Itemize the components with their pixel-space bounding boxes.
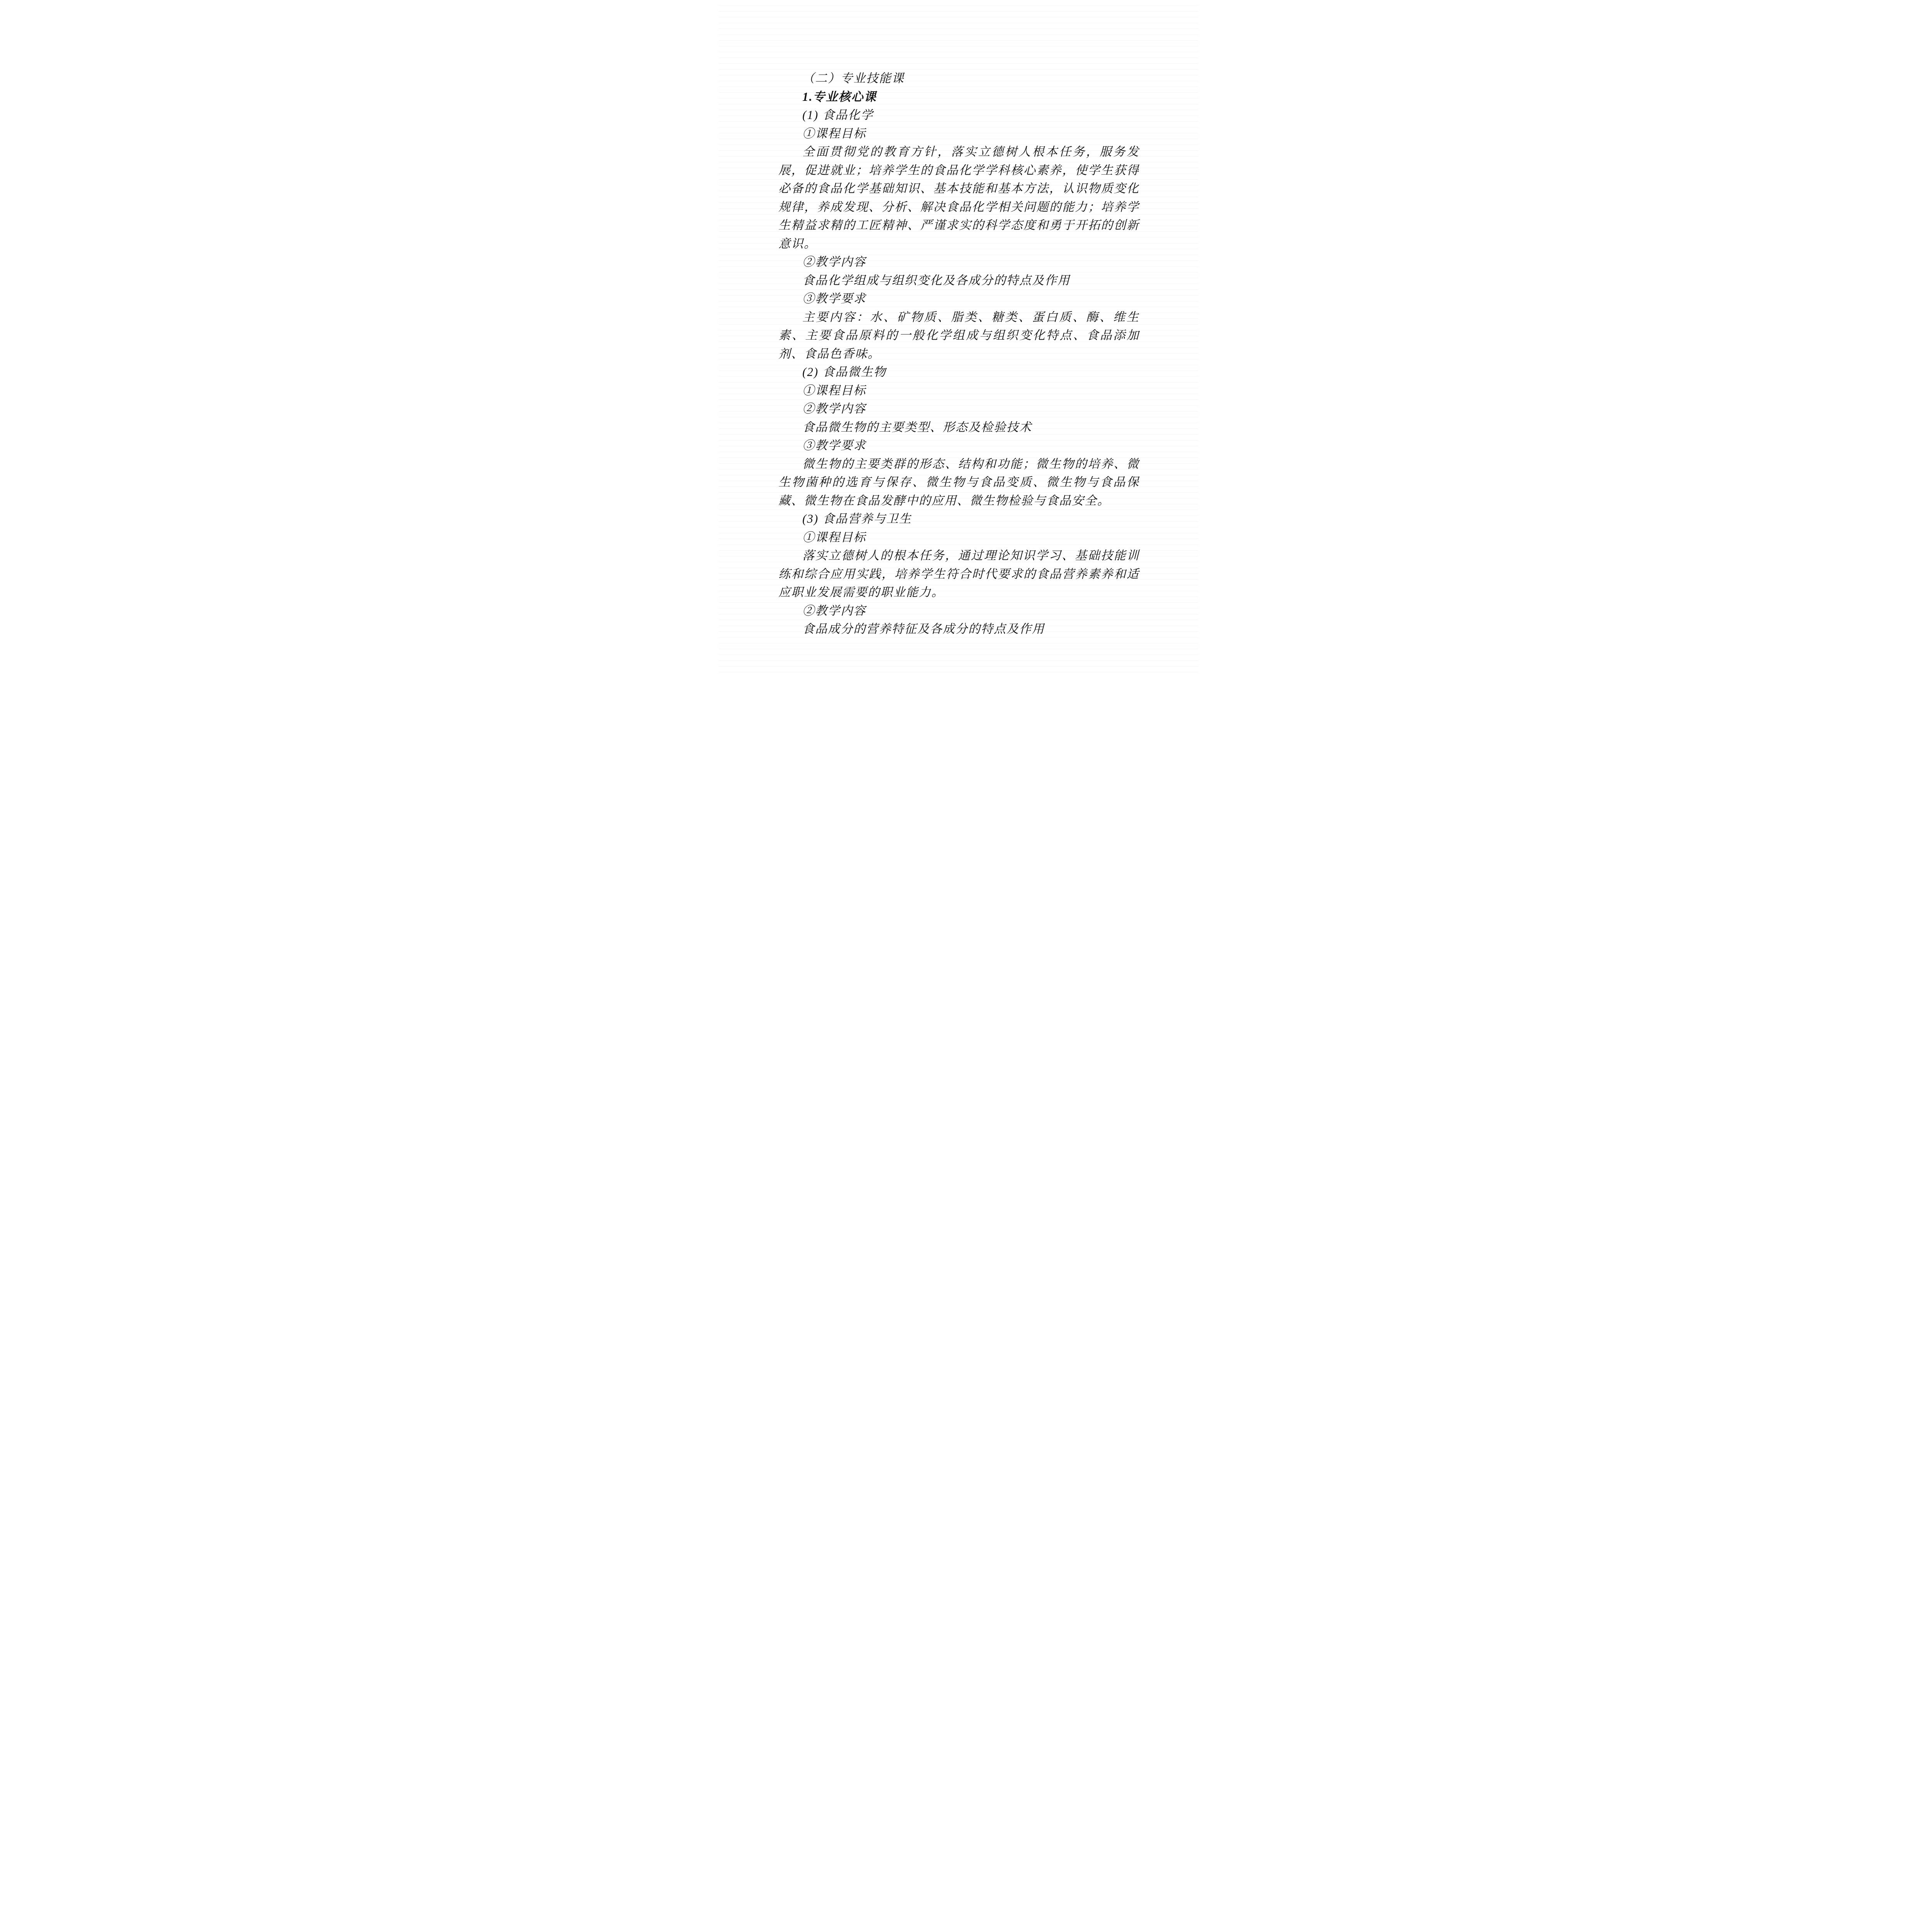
paragraph-para: 微生物的主要类群的形态、结构和功能；微生物的培养、微生物菌种的选育与保存、微生物… [778, 455, 1139, 510]
paragraph-sub: ②教学内容 [778, 253, 1139, 271]
paragraph-para: 食品成分的营养特征及各成分的特点及作用 [778, 620, 1139, 638]
paragraph-section: （二）专业技能课 [778, 69, 1139, 88]
paragraph-sub: ②教学内容 [778, 602, 1139, 620]
paragraph-sub: ①课程目标 [778, 381, 1139, 400]
document-text-block: （二）专业技能课1.专业核心课(1) 食品化学①课程目标全面贯彻党的教育方针，落… [778, 69, 1139, 638]
paragraph-item: (2) 食品微生物 [778, 363, 1139, 381]
paragraph-para: 食品化学组成与组织变化及各成分的特点及作用 [778, 271, 1139, 290]
paragraph-para: 全面贯彻党的教育方针，落实立德树人根本任务，服务发展，促进就业；培养学生的食品化… [778, 143, 1139, 253]
paragraph-sub: ①课程目标 [778, 124, 1139, 143]
paragraph-para: 食品微生物的主要类型、形态及检验技术 [778, 418, 1139, 437]
paragraph-item: (3) 食品营养与卫生 [778, 510, 1139, 528]
paragraph-sub: ①课程目标 [778, 528, 1139, 547]
paragraph-sub: ③教学要求 [778, 289, 1139, 308]
paragraph-sub: ②教学内容 [778, 400, 1139, 418]
paragraph-para: 主要内容：水、矿物质、脂类、糖类、蛋白质、酶、维生素、主要食品原料的一般化学组成… [778, 308, 1139, 363]
paragraph-item: (1) 食品化学 [778, 106, 1139, 124]
document-page: （二）专业技能课1.专业核心课(1) 食品化学①课程目标全面贯彻党的教育方针，落… [719, 0, 1198, 678]
paragraph-sub: ③教学要求 [778, 436, 1139, 455]
paragraph-subsection-bold: 1.专业核心课 [778, 88, 1139, 106]
paragraph-para: 落实立德树人的根本任务，通过理论知识学习、基础技能训练和综合应用实践，培养学生符… [778, 546, 1139, 602]
